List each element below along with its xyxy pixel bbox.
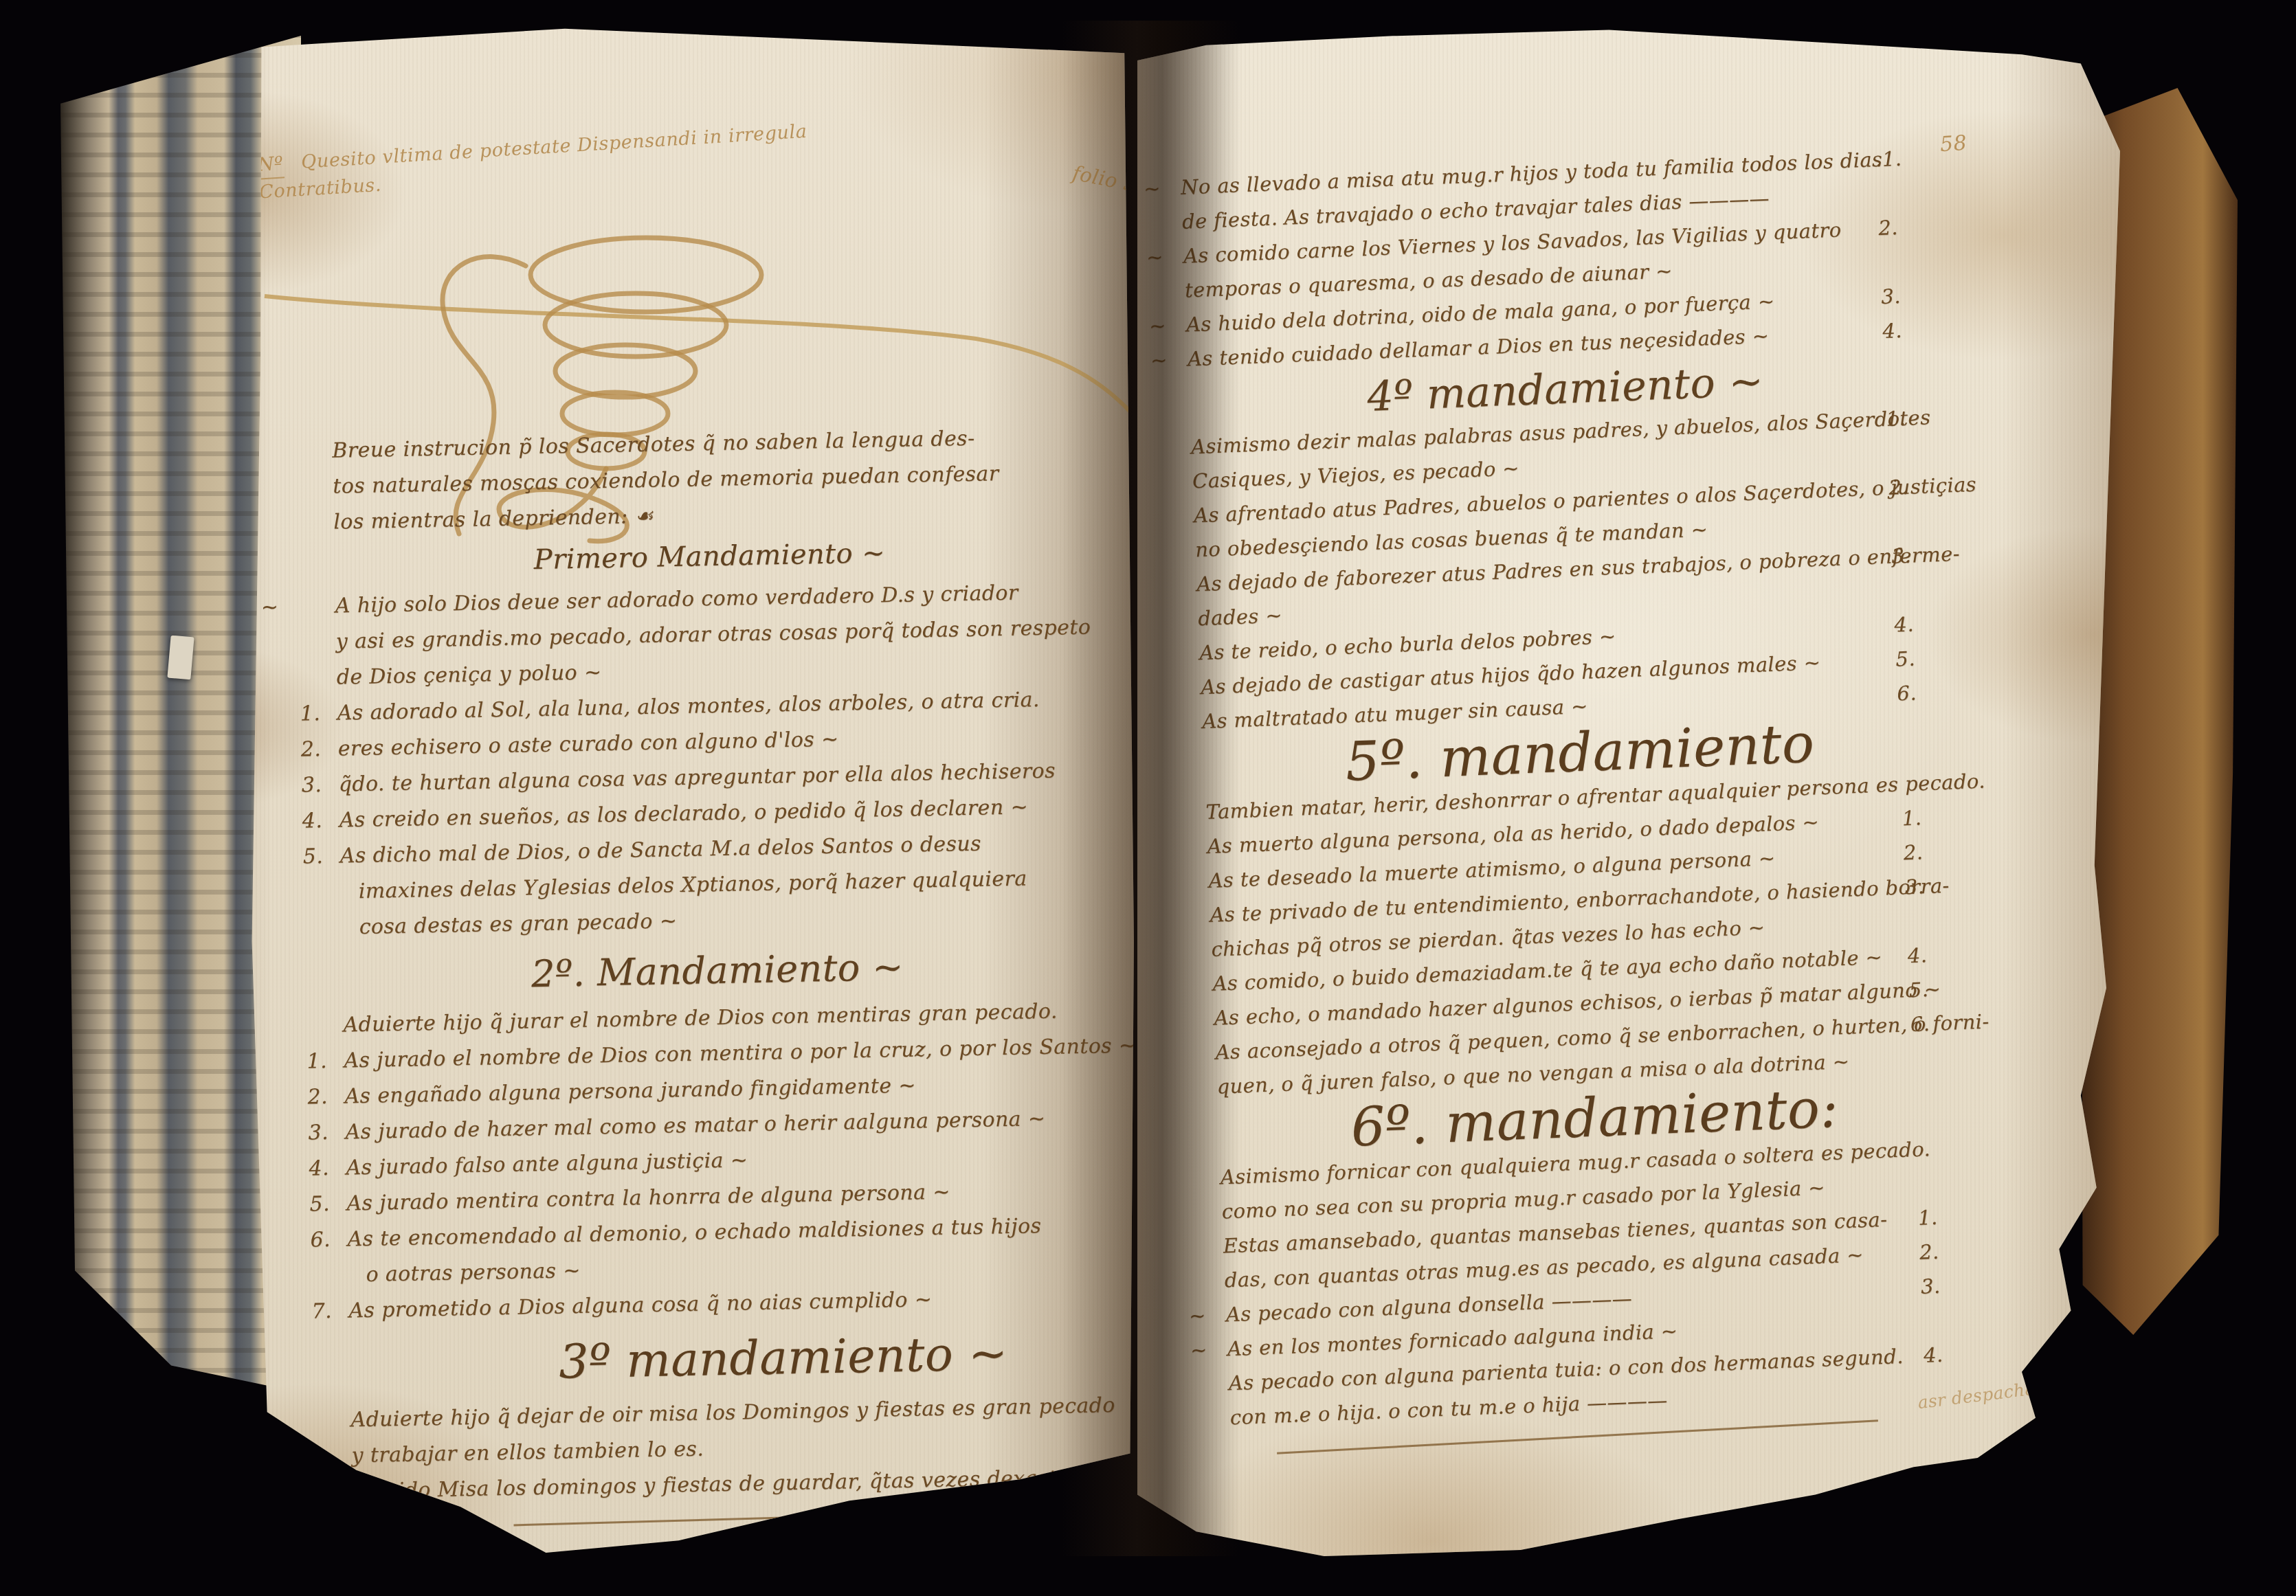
item-number xyxy=(297,529,334,530)
manuscript-line: 3º mandamiento ~ xyxy=(312,1326,1137,1393)
paragraph-mark: ~ xyxy=(1146,240,1164,275)
item-number: 4. xyxy=(302,803,339,840)
margin-number xyxy=(1900,765,1962,767)
item-number: 2. xyxy=(307,1079,345,1116)
margin-number xyxy=(1913,1086,1975,1088)
line-text: 3º mandamiento ~ xyxy=(559,1327,1009,1390)
item-number: 6. xyxy=(310,1222,348,1259)
margin-number: 5. xyxy=(1908,971,1972,1008)
item-number xyxy=(300,684,337,685)
line-text: As prometido a Dios alguna cosa q̃ no ai… xyxy=(348,1288,933,1323)
line-text: o aotras personas ~ xyxy=(348,1259,581,1287)
margin-number: 6. xyxy=(1896,674,1959,711)
margin-number: 3. xyxy=(1891,537,1954,574)
margin-number xyxy=(1926,1419,1988,1422)
margin-number: 3. xyxy=(1904,868,1968,905)
item-number: 3. xyxy=(301,767,339,804)
left-page-header: NºQuesito vltima de potestate Dispensand… xyxy=(257,102,1084,205)
manuscript-line xyxy=(315,1509,1141,1561)
item-number: 1. xyxy=(315,1474,353,1510)
item-number xyxy=(299,649,336,649)
paragraph-mark: ~ xyxy=(1150,343,1168,378)
item-number: 5. xyxy=(309,1187,347,1223)
item-number: 5. xyxy=(302,839,340,875)
item-number xyxy=(296,493,333,494)
margin-number: 2. xyxy=(1903,833,1966,870)
line-text: eres echisero o aste curado con alguno d… xyxy=(337,728,838,761)
left-page: NºQuesito vltima de potestate Dispensand… xyxy=(186,24,1134,1553)
right-page-text: ~No as llevado a misa atu mug.r hijos y … xyxy=(1180,140,1985,1484)
paragraph-mark: ~ xyxy=(1190,1333,1208,1368)
item-number: 3. xyxy=(308,1115,346,1151)
line-text: cosa destas es gran pecado ~ xyxy=(341,909,677,939)
line-text: dades ~ xyxy=(1198,603,1283,630)
right-page: 58 ~No as llevado a misa atu mug.r hijos… xyxy=(1137,21,2120,1556)
manuscript-photo: NºQuesito vltima de potestate Dispensand… xyxy=(0,0,2296,1596)
header-line-2: Contratibus. xyxy=(258,175,382,203)
paragraph-mark: ~ xyxy=(1188,1299,1207,1334)
margin-number: 1. xyxy=(1902,799,1965,836)
item-number: 4. xyxy=(309,1151,346,1187)
line-text: As dicho mal de Dios, o de Sancta M.a de… xyxy=(339,832,981,868)
margin-number: 4. xyxy=(1907,936,1970,974)
line-text: 2º. Mandamiento ~ xyxy=(531,945,904,996)
margin-number: 2. xyxy=(1877,208,1941,245)
item-number xyxy=(296,458,333,458)
item-number xyxy=(314,1426,351,1427)
paragraph-mark: ~ xyxy=(260,589,279,625)
folio-number: 58 xyxy=(1939,131,1968,157)
margin-number xyxy=(1898,721,1960,723)
margin-number: 6. xyxy=(1910,1005,1973,1042)
margin-number: 4. xyxy=(1882,311,1945,348)
margin-number: 1. xyxy=(1885,399,1948,436)
line-text: As engañado alguna persona jurando fingi… xyxy=(344,1074,916,1109)
margin-number xyxy=(1884,357,1946,359)
manuscript-line: 2º. Mandamiento ~ xyxy=(305,941,1130,1000)
paragraph-mark: ~ xyxy=(1148,308,1167,344)
item-number xyxy=(306,1032,344,1033)
item-number xyxy=(315,1462,352,1463)
header-line-1: Quesito vltima de potestate Dispensandi … xyxy=(300,121,807,173)
manuscript-line: Noas. xyxy=(316,1545,1141,1591)
margin-number: 5. xyxy=(1895,640,1958,677)
page-marker-tab xyxy=(167,636,194,680)
line-text: y trabajar en ellos tambien lo es. xyxy=(351,1437,704,1468)
margin-number: 4. xyxy=(1923,1336,1986,1373)
line-text: Noas. xyxy=(985,1552,1038,1573)
line-text: de Dios çeniça y poluo ~ xyxy=(336,660,601,689)
margin-number xyxy=(1915,1129,1976,1132)
margin-number: 3. xyxy=(1920,1267,1983,1304)
line-text: los mientras la deprienden: ☙ xyxy=(333,504,654,535)
margin-number: 3. xyxy=(1880,277,1943,314)
margin-number: 2. xyxy=(1919,1233,1982,1270)
paragraph-mark: ~ xyxy=(1143,171,1161,206)
line-text: As jurado falso ante alguna justiçia ~ xyxy=(346,1148,748,1180)
line-text: tos naturales mosças coxiendolo de memor… xyxy=(333,462,999,499)
line-text: Primero Mandamiento ~ xyxy=(533,537,885,576)
item-number: 7. xyxy=(311,1294,349,1330)
left-page-text: Breue instrucion p̃ los Sacerdotes q̃ no… xyxy=(295,418,1141,1592)
line-text: As jurado mentira contra la honrra de al… xyxy=(346,1180,950,1216)
item-number xyxy=(304,899,341,899)
margin-number: 2. xyxy=(1888,468,1951,505)
margin-number: 1. xyxy=(1917,1198,1981,1235)
item-number: 1. xyxy=(300,696,337,732)
item-number xyxy=(311,1282,348,1283)
margin-number: 4. xyxy=(1893,605,1957,642)
item-number xyxy=(298,613,335,614)
item-number xyxy=(304,934,342,935)
item-number: 1. xyxy=(306,1044,344,1080)
margin-number: .1. xyxy=(1875,140,1938,177)
line-text: Breue instrucion p̃ los Sacerdotes q̃ no… xyxy=(332,427,975,463)
item-number: 2. xyxy=(300,732,338,768)
